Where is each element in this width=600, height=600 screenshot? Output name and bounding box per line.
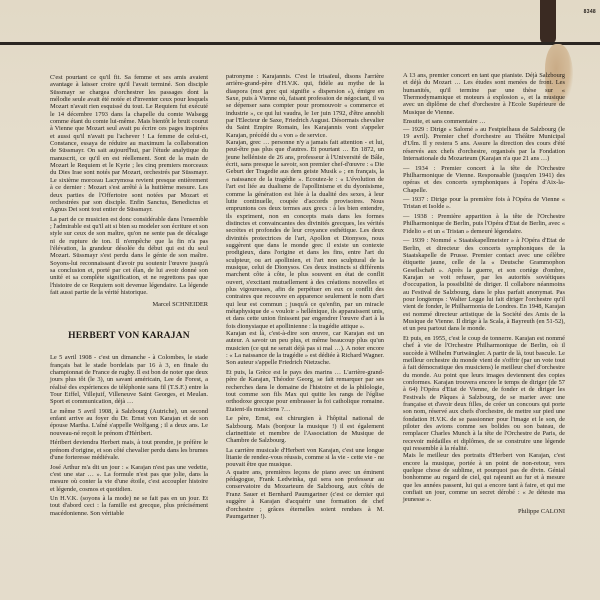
paragraph: — 1938 : Première apparition à la tête d…	[403, 213, 565, 235]
stain-mark	[540, 0, 556, 44]
paragraph: A 13 ans, premier concert en tant que pi…	[403, 72, 565, 116]
column-left: C'est pourtant ce qu'il fit. Sa femme et…	[50, 74, 208, 519]
paragraph: C'est pourtant ce qu'il fit. Sa femme et…	[50, 74, 208, 214]
paragraph: La part de ce musicien est donc considér…	[50, 216, 208, 297]
signature-caloni: Philippe CALONI	[403, 508, 565, 515]
paragraph: — 1929 : Dirige « Salomé » au Festpielha…	[403, 126, 565, 163]
paragraph: Le 5 avril 1908 - c'est un dimanche - à …	[50, 354, 208, 405]
paragraph: Héribert deviendra Herbert mais, à tout …	[50, 439, 208, 461]
paragraph: Ensuite, et sans commentaire …	[403, 118, 565, 125]
paragraph: Le père, Ernst, est chirurgien à l'hôpit…	[226, 415, 384, 444]
paragraph: patronyme : Karajannis. C'est le trisaïe…	[226, 73, 384, 139]
liner-notes-page: 8348 C'est pourtant ce qu'il fit. Sa fem…	[0, 0, 600, 600]
paragraph: Et puis, en 1955, c'est le coup de tonne…	[403, 335, 565, 453]
paragraph: — 1937 : Dirige pour la première fois à …	[403, 196, 565, 211]
section-heading: HERBERT VON KARAJAN	[50, 333, 208, 340]
catalog-number: 8348	[584, 9, 596, 15]
paragraph: Karajan, grec … personne n'y a jamais fa…	[226, 139, 384, 330]
paragraph: La carrière musicale d'Herbert von Karaj…	[226, 447, 384, 469]
column-right: A 13 ans, premier concert en tant que pi…	[403, 72, 565, 515]
paragraph: Karajan est là, c'est-à-dire son œuvre, …	[226, 330, 384, 367]
paragraph: Et puis, la Grèce est le pays des marins…	[226, 369, 384, 413]
paragraph: — 1939 : Nommé « Staatskapellmeister » à…	[403, 237, 565, 332]
paragraph: — 1934 : Premier concert à la tête de l'…	[403, 165, 565, 194]
column-middle: patronyme : Karajannis. C'est le trisaïe…	[226, 73, 384, 522]
paragraph: Mais le meilleur des portraits d'Herbert…	[403, 452, 565, 503]
signature-schneider: Marcel SCHNEIDER	[50, 301, 208, 308]
paragraph: José Arthur m'a dit un jour : « Karajan …	[50, 464, 208, 493]
top-rule-divider	[0, 42, 600, 45]
paragraph: A quatre ans, premières leçons de piano …	[226, 469, 384, 520]
paragraph: Un H.V.K. (soyons à la mode) ne se fait …	[50, 495, 208, 517]
paragraph: Le même 5 avril 1908, à Salzbourg (Autri…	[50, 408, 208, 437]
